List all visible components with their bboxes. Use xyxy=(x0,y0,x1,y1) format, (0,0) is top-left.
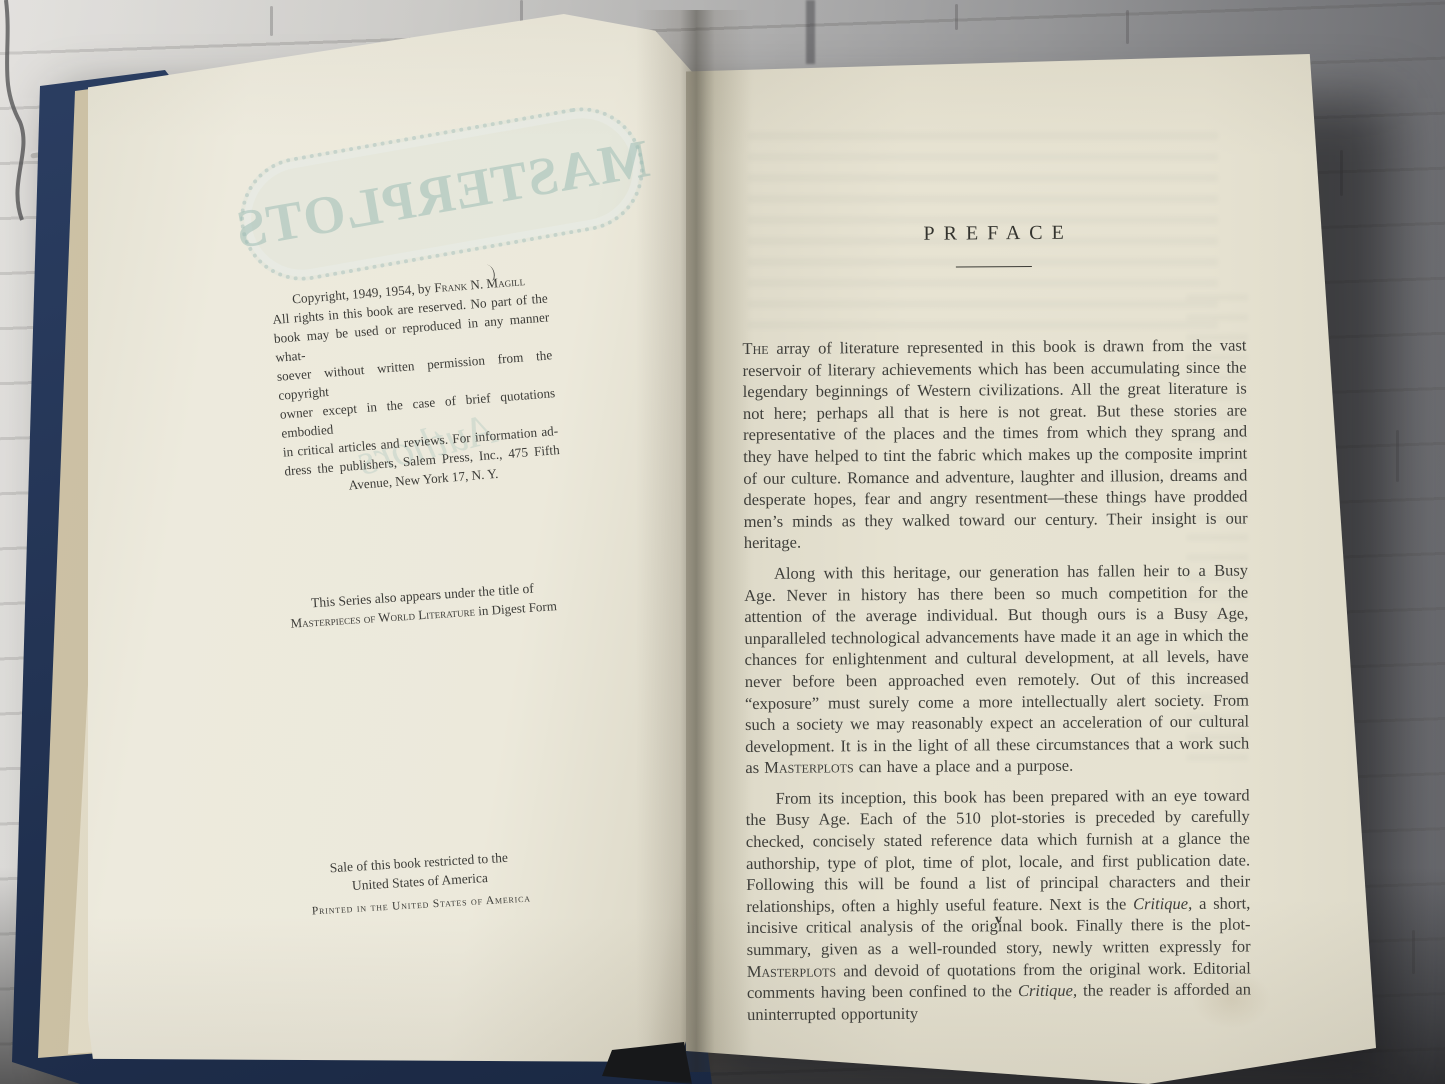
preface-paragraph: From its inception, this book has been p… xyxy=(746,784,1252,1025)
text-segment: Masterplots xyxy=(747,961,836,981)
open-book: MASTERPLOTS Authors Copyright, 1949, 195… xyxy=(0,0,1445,1084)
text-segment: in Digest Form xyxy=(474,598,557,618)
copyright-block: Copyright, 1949, 1954, by Frank N. Magil… xyxy=(270,269,562,499)
ghost-logo-text: MASTERPLOTS xyxy=(230,127,653,261)
text-segment: can have a place and a purpose. xyxy=(854,756,1074,777)
preface-paragraph: The array of literature represented in t… xyxy=(742,334,1247,553)
preface-content: PREFACE The array of literature represen… xyxy=(682,52,1379,1084)
text-segment: array of literature represented in this … xyxy=(743,335,1248,552)
gutter-shadow xyxy=(636,10,752,1072)
heading-rule xyxy=(956,266,1032,268)
sale-restriction-note: Sale of this book restricted to the Unit… xyxy=(237,843,604,921)
masterplots-ghost-logo: MASTERPLOTS xyxy=(230,98,653,291)
series-note: This Series also appears under the title… xyxy=(227,573,619,636)
book-photo-scene: MASTERPLOTS Authors Copyright, 1949, 195… xyxy=(0,0,1445,1084)
copyright-lines: All rights in this book are reserved. No… xyxy=(272,288,562,499)
left-page-copyright: MASTERPLOTS Authors Copyright, 1949, 195… xyxy=(88,14,698,1062)
text-segment: Critique, xyxy=(1018,981,1077,1000)
text-segment: Masterplots xyxy=(764,758,853,778)
preface-paragraph: Along with this heritage, our generation… xyxy=(744,559,1249,778)
preface-heading: PREFACE xyxy=(742,220,1246,247)
text-segment: Printed in the United States of America xyxy=(312,892,532,917)
right-page-preface: PREFACE The array of literature represen… xyxy=(686,54,1376,1084)
text-segment: Along with this heritage, our generation… xyxy=(744,560,1249,777)
